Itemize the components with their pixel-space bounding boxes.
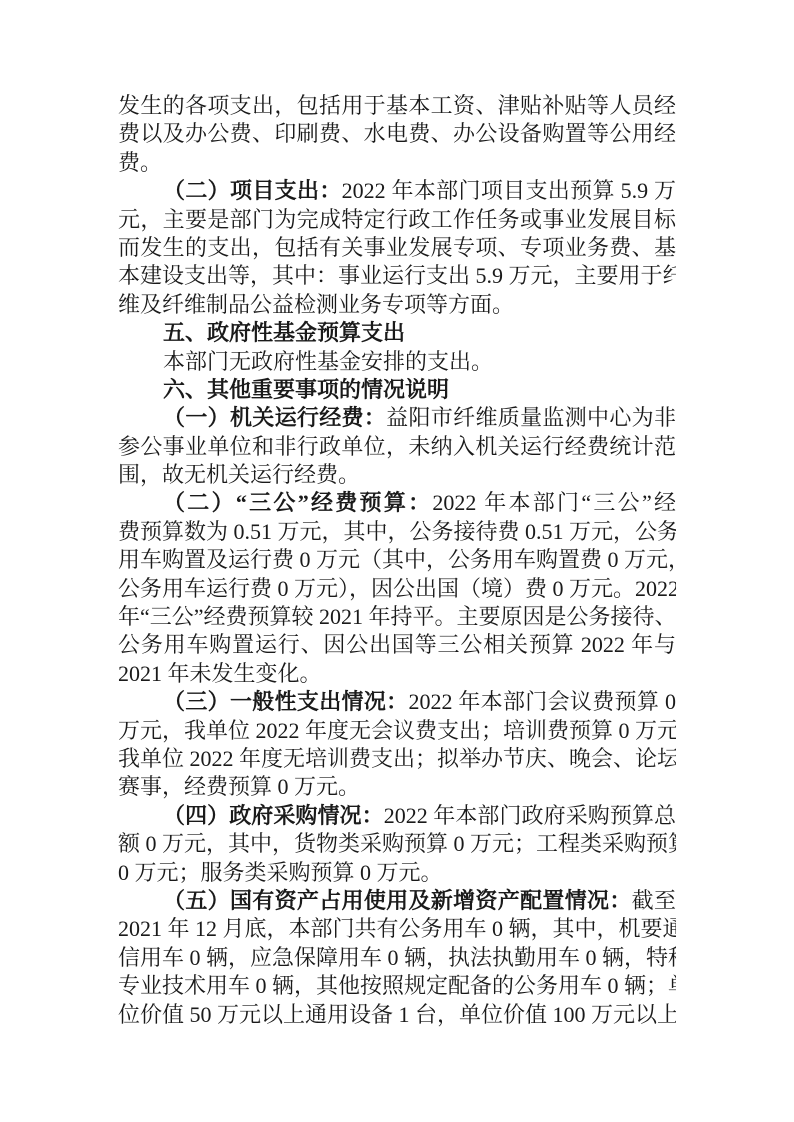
text-line: 本部门无政府性基金安排的支出。 bbox=[118, 348, 676, 376]
text-run: 位价值 50 万元以上通用设备 1 台，单位价值 100 万元以上 bbox=[118, 1002, 676, 1027]
text-run: 而发生的支出，包括有关事业发展专项、专项业务费、基 bbox=[118, 235, 676, 260]
bold-text-run: （五）国有资产占用使用及新增资产配置情况： bbox=[163, 888, 632, 913]
text-line-heading: （四）政府采购情况：2022 年本部门政府采购预算总 bbox=[118, 802, 676, 830]
text-run: 发生的各项支出，包括用于基本工资、津贴补贴等人员经 bbox=[118, 93, 676, 118]
text-line-heading: （五）国有资产占用使用及新增资产配置情况：截至 bbox=[118, 887, 676, 915]
text-line-heading: 五、政府性基金预算支出 bbox=[118, 319, 676, 347]
text-line: 0 万元；服务类采购预算 0 万元。 bbox=[118, 859, 676, 887]
text-run: 2022 年本部门会议费预算 0 bbox=[409, 689, 677, 714]
text-line: 万元，我单位 2022 年度无会议费支出；培训费预算 0 万元， bbox=[118, 717, 676, 745]
text-line: 而发生的支出，包括有关事业发展专项、专项业务费、基 bbox=[118, 234, 676, 262]
text-run: 公务用车运行费 0 万元），因公出国（境）费 0 万元。2022 bbox=[118, 576, 676, 601]
text-line: 公务用车运行费 0 万元），因公出国（境）费 0 万元。2022 bbox=[118, 575, 676, 603]
text-run: 年“三公”经费预算较 2021 年持平。主要原因是公务接待、 bbox=[118, 604, 676, 629]
text-run: 赛事，经费预算 0 万元。 bbox=[118, 774, 360, 799]
text-run: 费预算数为 0.51 万元，其中，公务接待费 0.51 万元，公务 bbox=[118, 519, 676, 544]
text-line: 信用车 0 辆，应急保障用车 0 辆，执法执勤用车 0 辆，特种 bbox=[118, 944, 676, 972]
text-line-heading: 六、其他重要事项的情况说明 bbox=[118, 376, 676, 404]
text-line-heading: （一）机关运行经费：益阳市纤维质量监测中心为非 bbox=[118, 404, 676, 432]
text-run: 2022 年本部门政府采购预算总 bbox=[384, 803, 676, 828]
text-run: 截至 bbox=[632, 888, 676, 913]
bold-text-run: （三）一般性支出情况： bbox=[163, 689, 409, 714]
document-page: 发生的各项支出，包括用于基本工资、津贴补贴等人员经费以及办公费、印刷费、水电费、… bbox=[0, 0, 794, 1122]
text-run: 费以及办公费、印刷费、水电费、办公设备购置等公用经 bbox=[118, 121, 676, 146]
text-line: 元，主要是部门为完成特定行政工作任务或事业发展目标 bbox=[118, 206, 676, 234]
text-run: 参公事业单位和非行政单位，未纳入机关运行经费统计范 bbox=[118, 434, 676, 459]
text-run: 本部门无政府性基金安排的支出。 bbox=[163, 349, 493, 374]
text-run: 2022 年本部门“三公”经 bbox=[432, 490, 676, 515]
text-run: 万元，我单位 2022 年度无会议费支出；培训费预算 0 万元， bbox=[118, 718, 676, 743]
document-body: 发生的各项支出，包括用于基本工资、津贴补贴等人员经费以及办公费、印刷费、水电费、… bbox=[118, 92, 676, 1029]
text-run: 元，主要是部门为完成特定行政工作任务或事业发展目标 bbox=[118, 207, 676, 232]
text-line: 年“三公”经费预算较 2021 年持平。主要原因是公务接待、 bbox=[118, 603, 676, 631]
text-run: 本建设支出等，其中：事业运行支出 5.9 万元，主要用于纤 bbox=[118, 263, 676, 288]
text-line: 费预算数为 0.51 万元，其中，公务接待费 0.51 万元，公务 bbox=[118, 518, 676, 546]
text-line: 专业技术用车 0 辆，其他按照规定配备的公务用车 0 辆；单 bbox=[118, 972, 676, 1000]
text-run: 专业技术用车 0 辆，其他按照规定配备的公务用车 0 辆；单 bbox=[118, 973, 676, 998]
bold-text-run: 五、政府性基金预算支出 bbox=[163, 320, 405, 345]
text-run: 公务用车购置运行、因公出国等三公相关预算 2022 年与 bbox=[118, 632, 676, 657]
bold-text-run: （四）政府采购情况： bbox=[163, 803, 384, 828]
text-line: 公务用车购置运行、因公出国等三公相关预算 2022 年与 bbox=[118, 631, 676, 659]
bold-text-run: （一）机关运行经费： bbox=[163, 405, 386, 430]
text-run: 维及纤维制品公益检测业务专项等方面。 bbox=[118, 292, 514, 317]
text-line: 位价值 50 万元以上通用设备 1 台，单位价值 100 万元以上 bbox=[118, 1001, 676, 1029]
text-line-heading: （二）项目支出：2022 年本部门项目支出预算 5.9 万 bbox=[118, 177, 676, 205]
text-line: 围，故无机关运行经费。 bbox=[118, 461, 676, 489]
bold-text-run: （二）“三公”经费预算： bbox=[163, 490, 432, 515]
text-line: 发生的各项支出，包括用于基本工资、津贴补贴等人员经 bbox=[118, 92, 676, 120]
text-run: 费。 bbox=[118, 150, 162, 175]
bold-text-run: （二）项目支出： bbox=[163, 178, 342, 203]
text-run: 2021 年 12 月底，本部门共有公务用车 0 辆，其中，机要通 bbox=[118, 916, 676, 941]
text-line: 赛事，经费预算 0 万元。 bbox=[118, 773, 676, 801]
bold-text-run: 六、其他重要事项的情况说明 bbox=[163, 377, 449, 402]
text-line: 维及纤维制品公益检测业务专项等方面。 bbox=[118, 291, 676, 319]
text-run: 我单位 2022 年度无培训费支出；拟举办节庆、晚会、论坛、 bbox=[118, 746, 676, 771]
text-run: 益阳市纤维质量监测中心为非 bbox=[386, 405, 676, 430]
text-run: 额 0 万元，其中，货物类采购预算 0 万元；工程类采购预算 bbox=[118, 831, 676, 856]
text-line: 2021 年未发生变化。 bbox=[118, 660, 676, 688]
text-line: 用车购置及运行费 0 万元（其中，公务用车购置费 0 万元， bbox=[118, 546, 676, 574]
text-run: 围，故无机关运行经费。 bbox=[118, 462, 360, 487]
text-line: 额 0 万元，其中，货物类采购预算 0 万元；工程类采购预算 bbox=[118, 830, 676, 858]
text-line: 本建设支出等，其中：事业运行支出 5.9 万元，主要用于纤 bbox=[118, 262, 676, 290]
text-line: 参公事业单位和非行政单位，未纳入机关运行经费统计范 bbox=[118, 433, 676, 461]
text-line-heading: （三）一般性支出情况：2022 年本部门会议费预算 0 bbox=[118, 688, 676, 716]
text-run: 信用车 0 辆，应急保障用车 0 辆，执法执勤用车 0 辆，特种 bbox=[118, 945, 676, 970]
text-line: 我单位 2022 年度无培训费支出；拟举办节庆、晚会、论坛、 bbox=[118, 745, 676, 773]
text-line: 费以及办公费、印刷费、水电费、办公设备购置等公用经 bbox=[118, 120, 676, 148]
text-run: 2021 年未发生变化。 bbox=[118, 661, 322, 686]
text-run: 0 万元；服务类采购预算 0 万元。 bbox=[118, 860, 443, 885]
text-line: 费。 bbox=[118, 149, 676, 177]
text-line: 2021 年 12 月底，本部门共有公务用车 0 辆，其中，机要通 bbox=[118, 915, 676, 943]
text-run: 用车购置及运行费 0 万元（其中，公务用车购置费 0 万元， bbox=[118, 547, 676, 572]
text-run: 2022 年本部门项目支出预算 5.9 万 bbox=[342, 178, 676, 203]
text-line-heading: （二）“三公”经费预算：2022 年本部门“三公”经 bbox=[118, 489, 676, 517]
